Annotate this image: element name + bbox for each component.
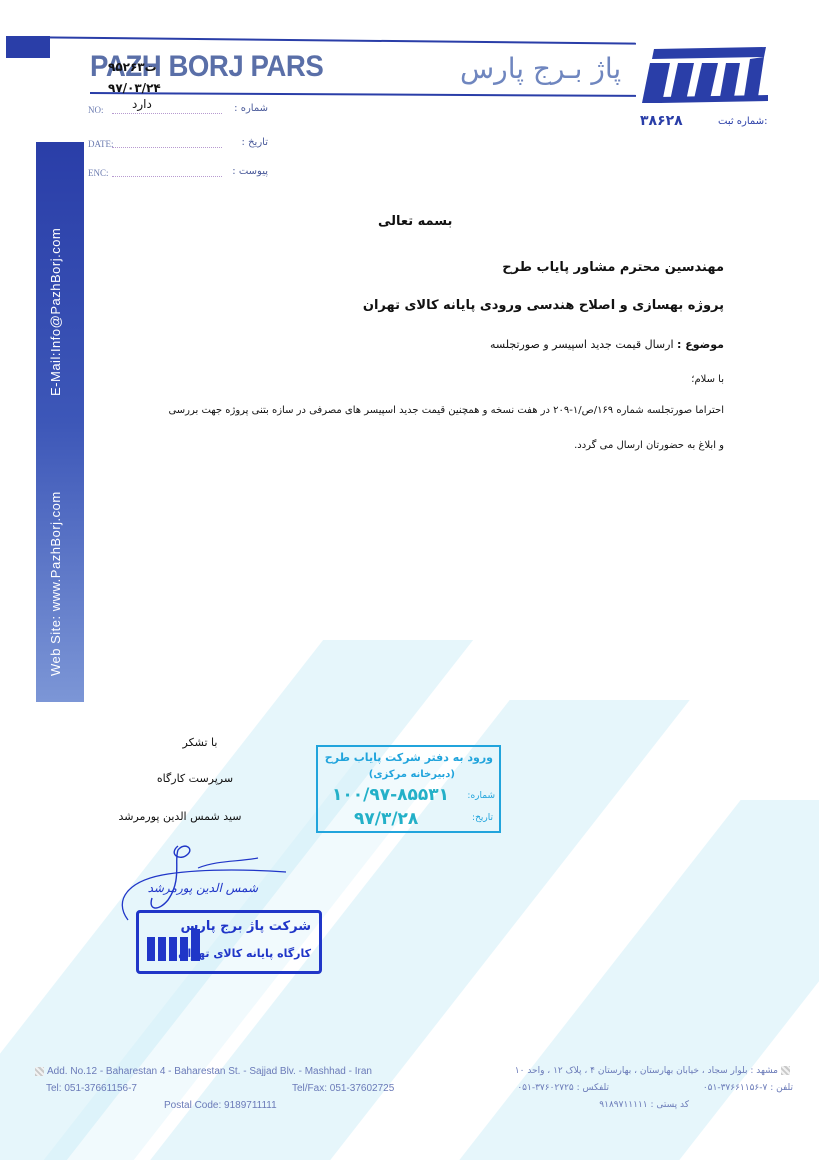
entry-stamp-title: ورود به دفتر شرکت پایاب طرح: [325, 751, 493, 764]
footer-address-en: Add. No.12 - Baharestan 4 - Baharestan S…: [32, 1066, 372, 1077]
company-stamp-line2: کارگاه پایانه کالای تهران: [178, 947, 311, 960]
handwritten-date: ۹۷/۰۳/۲۴: [108, 81, 161, 95]
dotted-line: [112, 113, 222, 114]
enclosure-field: ENC: پیوست :: [88, 166, 268, 182]
greeting: با سلام؛: [691, 374, 724, 385]
header-rule-bottom: [90, 92, 636, 97]
date-label-fa: تاریخ :: [242, 137, 268, 148]
entry-stamp-subtitle: (دبیرخانه مرکزی): [369, 769, 455, 780]
email-text: E-Mail:Info@PazhBorj.com: [48, 228, 63, 396]
date-label-en: DATE:: [88, 139, 114, 149]
bullet-square-icon: [781, 1066, 790, 1075]
number-label-fa: شماره :: [234, 103, 268, 114]
subject-text: ارسال قیمت جدید اسپیسر و صورتجلسه: [490, 338, 674, 351]
enclosure-label-en: ENC:: [88, 168, 109, 178]
entry-stamp: ورود به دفتر شرکت پایاب طرح (دبیرخانه مر…: [316, 745, 501, 833]
registration-number: ۳۸۶۲۸: [640, 113, 683, 129]
project-title: پروژه بهسازی و اصلاح هندسی ورودی پایانه …: [363, 298, 724, 313]
entry-stamp-date: ۹۷/۳/۲۸: [354, 809, 418, 829]
footer-address-en-text: Add. No.12 - Baharestan 4 - Baharestan S…: [47, 1066, 372, 1077]
footer-postal-fa: کد پستی : ۹۱۸۹۷۱۱۱۱۱: [599, 1100, 689, 1110]
paragraph-line-2: و ابلاغ به حضورتان ارسال می گردد.: [574, 440, 724, 451]
company-logo-icon: [640, 45, 768, 105]
letter-page: PAZH BORJ PARS پاژ بـرج پارس ۳۸۶۲۸ شماره…: [0, 0, 819, 1161]
signer-role: سرپرست کارگاه: [140, 772, 250, 785]
closing-thanks: با تشکر: [160, 736, 240, 749]
footer-fax-fa: تلفکس : ۳۷۶۰۲۷۲۵-۰۵۱: [517, 1083, 609, 1093]
handwritten-code: ۹۵ت۲۶۳: [108, 60, 157, 74]
enclosure-label-fa: پیوست :: [232, 166, 268, 177]
number-value: دارد: [132, 97, 152, 111]
footer-address-fa: مشهد : بلوار سجاد ، خیابان بهارستان ، به…: [515, 1066, 793, 1076]
company-stamp-line1: شرکت پاژ برج پارس: [180, 919, 311, 934]
header-rule-top: [6, 36, 636, 45]
dotted-line: [112, 147, 222, 148]
footer-tel-en: Tel: 051-37661156-7: [46, 1083, 137, 1094]
footer: Add. No.12 - Baharestan 4 - Baharestan S…: [0, 1062, 819, 1122]
website-text: Web Site: www.PazhBorj.com: [48, 491, 63, 676]
bismillah-heading: بسمه تعالی: [378, 214, 452, 229]
footer-tel-fa: تلفن : ۷-۳۷۶۶۱۱۵۶-۰۵۱: [703, 1083, 793, 1093]
company-stamp: شرکت پاژ برج پارس کارگاه پایانه کالای ته…: [136, 910, 322, 974]
registration-label: شماره ثبت:: [718, 116, 767, 127]
paragraph-line-1: احتراما صورتجلسه شماره ۱۶۹/ص/۱-۲۰۹ در هف…: [168, 405, 724, 416]
dotted-line: [112, 176, 222, 177]
footer-fax-en: Tel/Fax: 051-37602725: [292, 1083, 394, 1094]
entry-stamp-date-label: تاریخ:: [472, 813, 493, 823]
date-field: DATE: تاریخ :: [88, 137, 268, 153]
subject-label: موضوع :: [677, 338, 724, 351]
subject-line: موضوع : ارسال قیمت جدید اسپیسر و صورتجلس…: [490, 338, 724, 351]
signer-name: سید شمس الدین پورمرشد: [100, 810, 260, 823]
signature-text: شمس الدین پورمرشد: [148, 881, 259, 895]
footer-postal-en: Postal Code: 9189711111: [164, 1100, 277, 1111]
brand-name-persian: پاژ بـرج پارس: [460, 52, 621, 85]
header-blue-block: [6, 36, 50, 58]
number-label-en: NO:: [88, 105, 104, 115]
number-field: NO: شماره :: [88, 103, 268, 119]
entry-stamp-number-label: شماره:: [467, 791, 495, 801]
entry-stamp-number: ۱۰۰/۹۷-۸۵۵۳۱: [332, 785, 449, 805]
bullet-square-icon: [35, 1067, 44, 1076]
recipient: مهندسین محترم مشاور پایاب طرح: [502, 260, 724, 275]
footer-address-fa-text: مشهد : بلوار سجاد ، خیابان بهارستان ، به…: [515, 1066, 778, 1076]
